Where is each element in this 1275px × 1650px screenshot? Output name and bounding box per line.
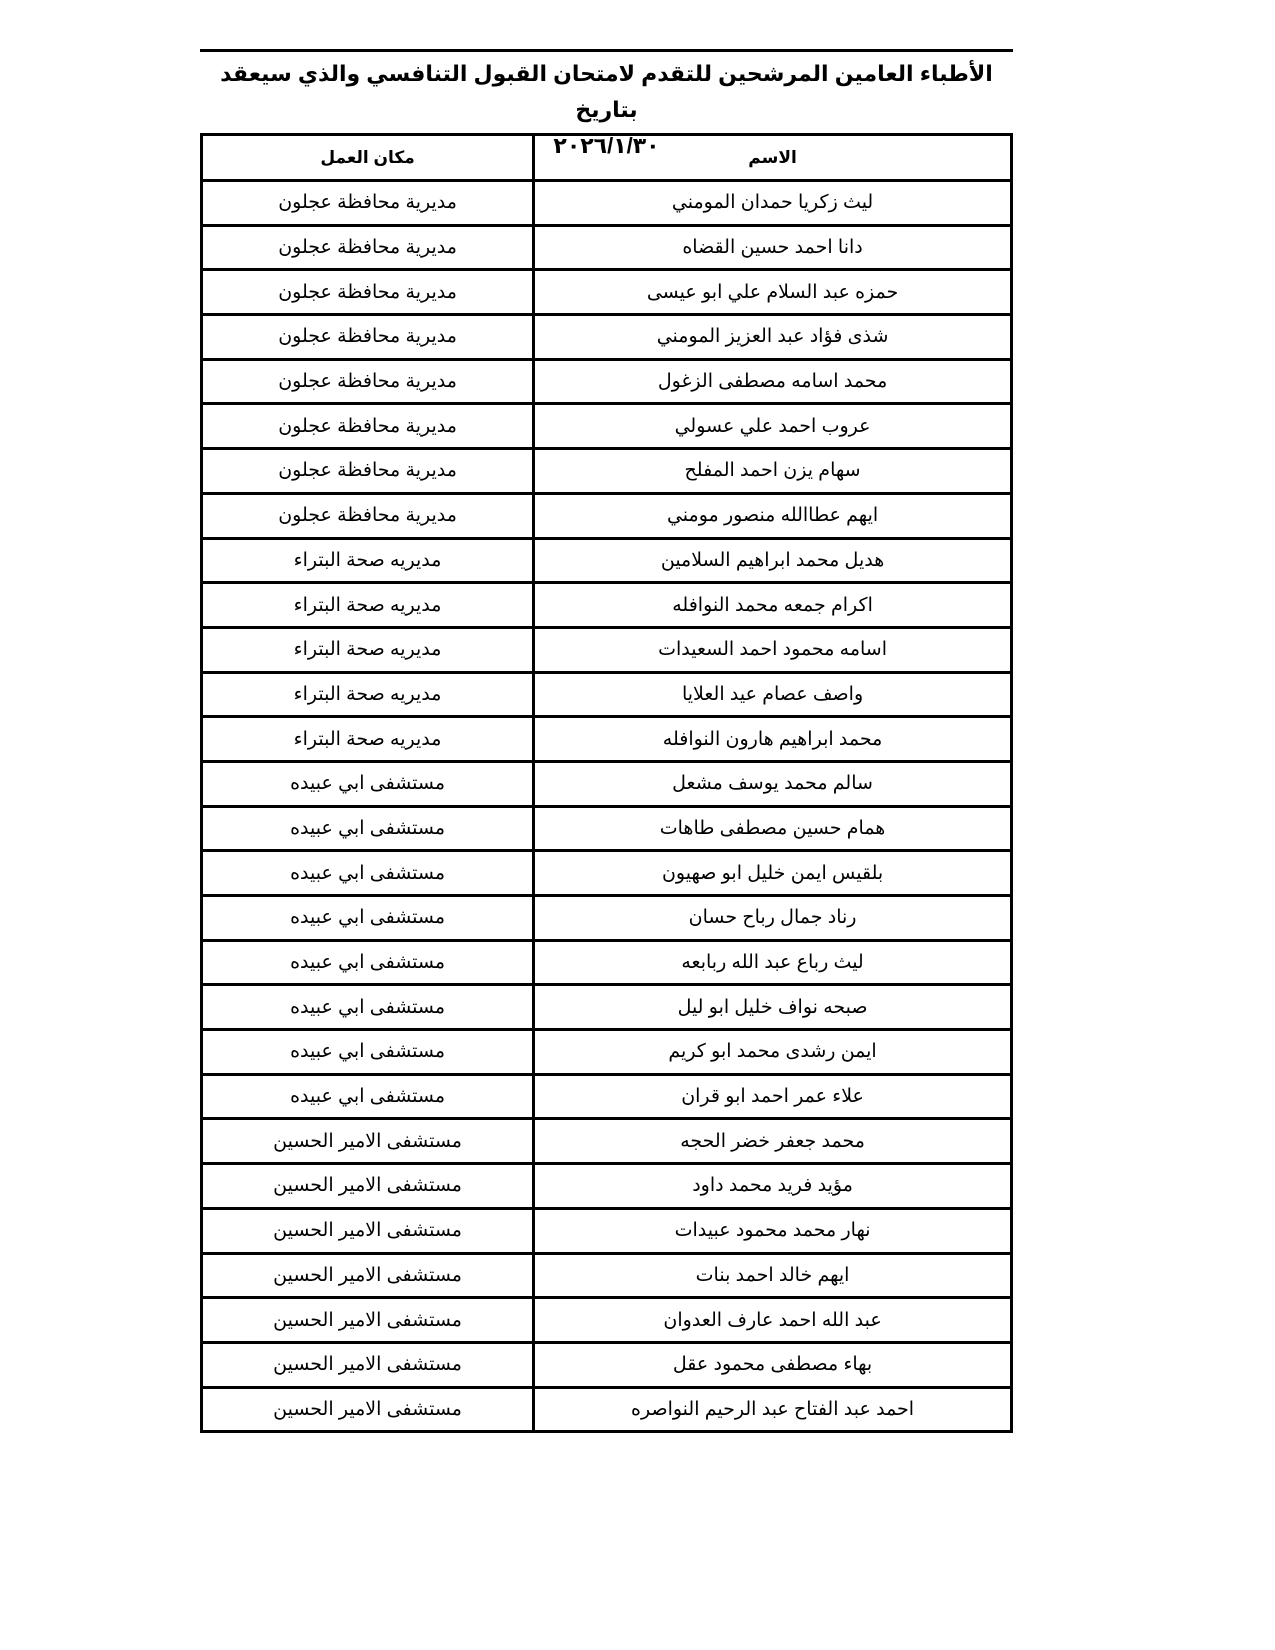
table-row: صبحه نواف خليل ابو ليلمستشفى ابي عبيده [202, 985, 1012, 1030]
cell-name: نهار محمد محمود عبيدات [534, 1208, 1012, 1253]
table-row: محمد ابراهيم هارون النوافلهمديريه صحة ال… [202, 717, 1012, 762]
cell-name: اكرام جمعه محمد النوافله [534, 583, 1012, 628]
column-header-name: الاسم [534, 135, 1012, 181]
cell-name: سالم محمد يوسف مشعل [534, 761, 1012, 806]
cell-workplace: مستشفى الامير الحسين [202, 1119, 534, 1164]
cell-workplace: مديرية محافظة عجلون [202, 359, 534, 404]
cell-name: ايمن رشدى محمد ابو كريم [534, 1030, 1012, 1075]
cell-name: محمد اسامه مصطفى الزغول [534, 359, 1012, 404]
table-row: بهاء مصطفى محمود عقلمستشفى الامير الحسين [202, 1342, 1012, 1387]
table-row: نهار محمد محمود عبيداتمستشفى الامير الحس… [202, 1208, 1012, 1253]
cell-workplace: مديرية محافظة عجلون [202, 493, 534, 538]
title-line-1: الأطباء العامين المرشحين للتقدم لامتحان … [200, 56, 1013, 128]
cell-workplace: مديريه صحة البتراء [202, 538, 534, 583]
cell-workplace: مستشفى ابي عبيده [202, 896, 534, 941]
cell-workplace: مستشفى الامير الحسين [202, 1342, 534, 1387]
cell-name: رناد جمال رباح حسان [534, 896, 1012, 941]
table-row: همام حسين مصطفى طاهاتمستشفى ابي عبيده [202, 806, 1012, 851]
table-row: واصف عصام عيد العلايامديريه صحة البتراء [202, 672, 1012, 717]
table-row: محمد جعفر خضر الحجهمستشفى الامير الحسين [202, 1119, 1012, 1164]
table-row: ليث زكريا حمدان المومنيمديرية محافظة عجل… [202, 181, 1012, 226]
cell-workplace: مديريه صحة البتراء [202, 717, 534, 762]
cell-name: ليث رباع عبد الله ربابعه [534, 940, 1012, 985]
top-divider-line [200, 49, 1013, 52]
cell-workplace: مستشفى ابي عبيده [202, 806, 534, 851]
cell-workplace: مديرية محافظة عجلون [202, 225, 534, 270]
cell-workplace: مستشفى ابي عبيده [202, 851, 534, 896]
cell-name: احمد عبد الفتاح عبد الرحيم النواصره [534, 1387, 1012, 1432]
table-row: سالم محمد يوسف مشعلمستشفى ابي عبيده [202, 761, 1012, 806]
table-row: سهام يزن احمد المفلحمديرية محافظة عجلون [202, 449, 1012, 494]
cell-workplace: مديرية محافظة عجلون [202, 315, 534, 360]
table-row: عروب احمد علي عسوليمديرية محافظة عجلون [202, 404, 1012, 449]
column-header-workplace: مكان العمل [202, 135, 534, 181]
table-row: شذى فؤاد عبد العزيز المومنيمديرية محافظة… [202, 315, 1012, 360]
cell-name: واصف عصام عيد العلايا [534, 672, 1012, 717]
cell-name: همام حسين مصطفى طاهات [534, 806, 1012, 851]
cell-name: هديل محمد ابراهيم السلامين [534, 538, 1012, 583]
cell-name: ايهم عطاالله منصور مومني [534, 493, 1012, 538]
cell-workplace: مستشفى الامير الحسين [202, 1164, 534, 1209]
cell-workplace: مديريه صحة البتراء [202, 672, 534, 717]
cell-name: بلقيس ايمن خليل ابو صهيون [534, 851, 1012, 896]
cell-name: محمد ابراهيم هارون النوافله [534, 717, 1012, 762]
table-row: اسامه محمود احمد السعيداتمديريه صحة البت… [202, 627, 1012, 672]
cell-name: ليث زكريا حمدان المومني [534, 181, 1012, 226]
cell-name: عروب احمد علي عسولي [534, 404, 1012, 449]
table-row: علاء عمر احمد ابو قرانمستشفى ابي عبيده [202, 1074, 1012, 1119]
table-row: ايهم عطاالله منصور مومنيمديرية محافظة عج… [202, 493, 1012, 538]
cell-name: بهاء مصطفى محمود عقل [534, 1342, 1012, 1387]
cell-name: مؤيد فريد محمد داود [534, 1164, 1012, 1209]
cell-workplace: مستشفى الامير الحسين [202, 1253, 534, 1298]
candidates-table: الاسم مكان العمل ليث زكريا حمدان المومني… [200, 133, 1013, 1433]
cell-name: عبد الله احمد عارف العدوان [534, 1298, 1012, 1343]
cell-workplace: مستشفى ابي عبيده [202, 985, 534, 1030]
cell-name: محمد جعفر خضر الحجه [534, 1119, 1012, 1164]
cell-workplace: مستشفى الامير الحسين [202, 1298, 534, 1343]
candidates-table-container: الاسم مكان العمل ليث زكريا حمدان المومني… [200, 133, 1013, 1433]
cell-name: ايهم خالد احمد بنات [534, 1253, 1012, 1298]
cell-workplace: مديرية محافظة عجلون [202, 404, 534, 449]
cell-name: اسامه محمود احمد السعيدات [534, 627, 1012, 672]
table-row: عبد الله احمد عارف العدوانمستشفى الامير … [202, 1298, 1012, 1343]
cell-name: صبحه نواف خليل ابو ليل [534, 985, 1012, 1030]
table-row: محمد اسامه مصطفى الزغولمديرية محافظة عجل… [202, 359, 1012, 404]
table-row: بلقيس ايمن خليل ابو صهيونمستشفى ابي عبيد… [202, 851, 1012, 896]
cell-workplace: مديريه صحة البتراء [202, 627, 534, 672]
table-row: ايمن رشدى محمد ابو كريممستشفى ابي عبيده [202, 1030, 1012, 1075]
table-row: ايهم خالد احمد بناتمستشفى الامير الحسين [202, 1253, 1012, 1298]
table-row: احمد عبد الفتاح عبد الرحيم النواصرهمستشف… [202, 1387, 1012, 1432]
cell-name: علاء عمر احمد ابو قران [534, 1074, 1012, 1119]
cell-workplace: مستشفى الامير الحسين [202, 1208, 534, 1253]
table-header-row: الاسم مكان العمل [202, 135, 1012, 181]
cell-workplace: مديرية محافظة عجلون [202, 181, 534, 226]
cell-name: شذى فؤاد عبد العزيز المومني [534, 315, 1012, 360]
cell-workplace: مستشفى الامير الحسين [202, 1387, 534, 1432]
cell-workplace: مستشفى ابي عبيده [202, 1030, 534, 1075]
table-row: هديل محمد ابراهيم السلامينمديريه صحة الب… [202, 538, 1012, 583]
table-row: دانا احمد حسين القضاهمديرية محافظة عجلون [202, 225, 1012, 270]
cell-name: دانا احمد حسين القضاه [534, 225, 1012, 270]
cell-workplace: مديرية محافظة عجلون [202, 270, 534, 315]
cell-workplace: مديريه صحة البتراء [202, 583, 534, 628]
table-body: ليث زكريا حمدان المومنيمديرية محافظة عجل… [202, 181, 1012, 1432]
table-row: اكرام جمعه محمد النوافلهمديريه صحة البتر… [202, 583, 1012, 628]
table-row: ليث رباع عبد الله ربابعهمستشفى ابي عبيده [202, 940, 1012, 985]
cell-workplace: مستشفى ابي عبيده [202, 761, 534, 806]
table-row: حمزه عبد السلام علي ابو عيسىمديرية محافظ… [202, 270, 1012, 315]
table-row: رناد جمال رباح حسانمستشفى ابي عبيده [202, 896, 1012, 941]
cell-name: حمزه عبد السلام علي ابو عيسى [534, 270, 1012, 315]
cell-name: سهام يزن احمد المفلح [534, 449, 1012, 494]
cell-workplace: مديرية محافظة عجلون [202, 449, 534, 494]
cell-workplace: مستشفى ابي عبيده [202, 1074, 534, 1119]
table-row: مؤيد فريد محمد داودمستشفى الامير الحسين [202, 1164, 1012, 1209]
cell-workplace: مستشفى ابي عبيده [202, 940, 534, 985]
